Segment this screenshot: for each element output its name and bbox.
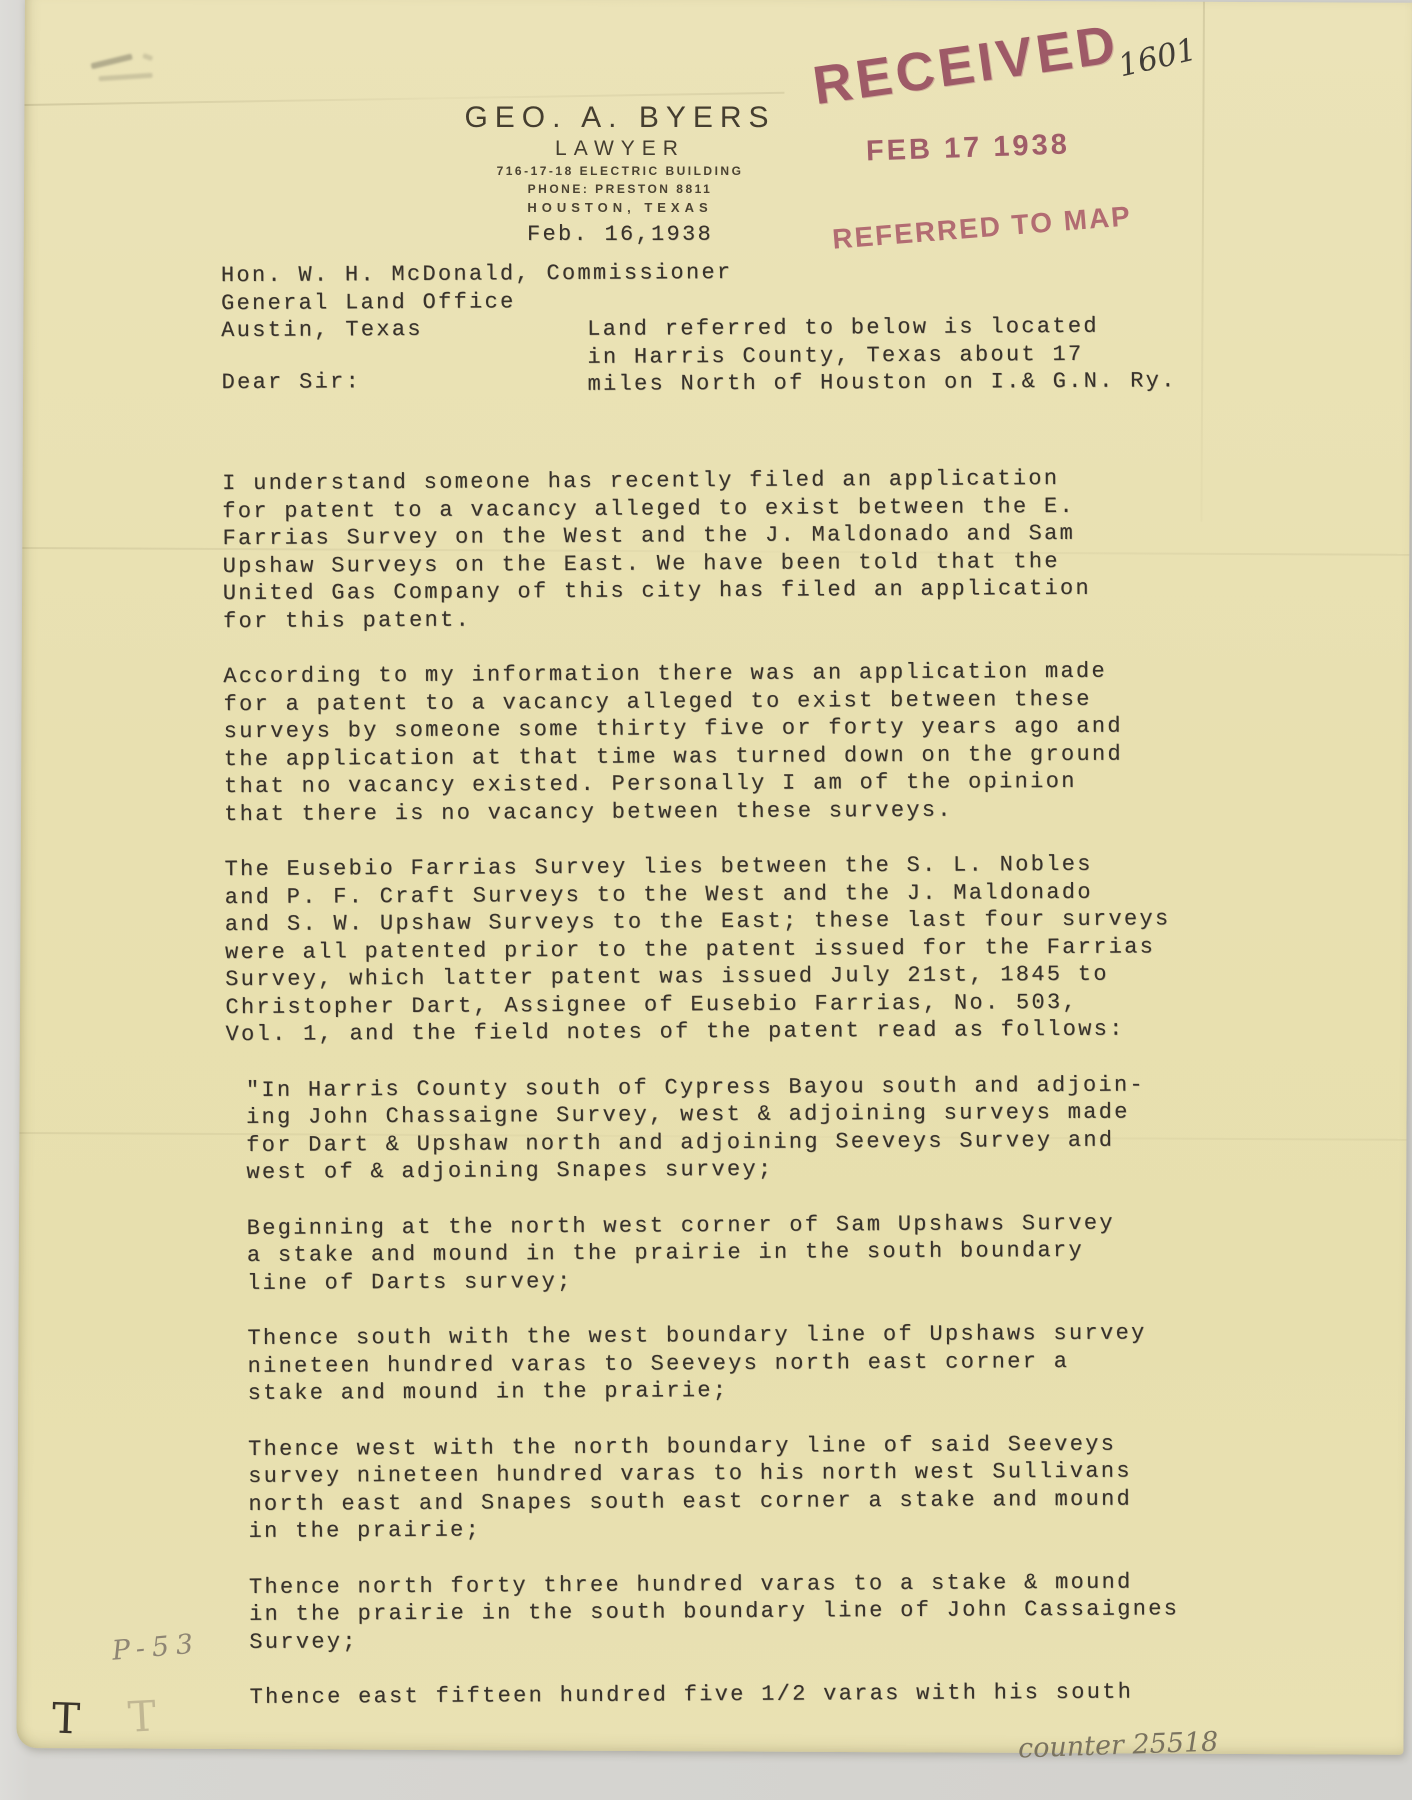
paragraph: Thence north forty three hundred varas t… bbox=[249, 1568, 1180, 1656]
body-line: Survey; bbox=[249, 1623, 1179, 1656]
paragraph: The Eusebio Farrias Survey lies between … bbox=[224, 850, 1175, 1048]
paragraph: "In Harris County south of Cypress Bayou… bbox=[246, 1071, 1177, 1187]
letter-body: I understand someone has recently filed … bbox=[222, 464, 1180, 1739]
scanned-letter: GEO. A. BYERS LAWYER 716-17-18 ELECTRIC … bbox=[0, 0, 1412, 1800]
body-line: nineteen hundred varas to Seeveys north … bbox=[248, 1347, 1178, 1380]
typed-content: Hon. W. H. McDonald, Commissioner Genera… bbox=[0, 0, 1412, 1800]
body-line: United Gas Company of this city has file… bbox=[223, 574, 1173, 607]
location-note-line: in Harris County, Texas about 17 bbox=[587, 340, 1176, 371]
body-line: west of & adjoining Snapes survey; bbox=[246, 1153, 1176, 1186]
body-line: stake and mound in the prairie; bbox=[248, 1374, 1178, 1407]
location-note: Land referred to below is located in Har… bbox=[587, 312, 1177, 398]
recipient-line: Hon. W. H. McDonald, Commissioner bbox=[221, 259, 733, 290]
body-line: that there is no vacancy between these s… bbox=[224, 795, 1174, 828]
body-line: for Dart & Upshaw north and adjoining Se… bbox=[246, 1126, 1176, 1159]
body-line: in the prairie; bbox=[249, 1512, 1179, 1545]
paragraph: Thence east fifteen hundred five 1/2 var… bbox=[250, 1678, 1180, 1711]
paragraph: Beginning at the north west corner of Sa… bbox=[247, 1209, 1178, 1297]
recipient-line: General Land Office bbox=[221, 287, 733, 318]
body-line: that no vacancy existed. Personally I am… bbox=[224, 767, 1174, 800]
salutation: Dear Sir: bbox=[222, 368, 362, 396]
location-note-line: Land referred to below is located bbox=[587, 312, 1176, 343]
paragraph: Thence south with the west boundary line… bbox=[247, 1319, 1178, 1407]
location-note-line: miles North of Houston on I.& G.N. Ry. bbox=[588, 367, 1177, 398]
body-line: Vol. 1, and the field notes of the paten… bbox=[225, 1015, 1175, 1048]
paragraph: According to my information there was an… bbox=[223, 657, 1174, 828]
paragraph: Thence west with the north boundary line… bbox=[248, 1430, 1179, 1546]
body-line: in the prairie in the south boundary lin… bbox=[249, 1595, 1179, 1628]
body-line: north east and Snapes south east corner … bbox=[248, 1485, 1178, 1518]
body-line: line of Darts survey; bbox=[247, 1264, 1177, 1297]
body-line: a stake and mound in the prairie in the … bbox=[247, 1236, 1177, 1269]
paragraph: I understand someone has recently filed … bbox=[222, 464, 1173, 635]
body-line: Thence east fifteen hundred five 1/2 var… bbox=[250, 1678, 1180, 1711]
body-line: for this patent. bbox=[223, 602, 1173, 635]
